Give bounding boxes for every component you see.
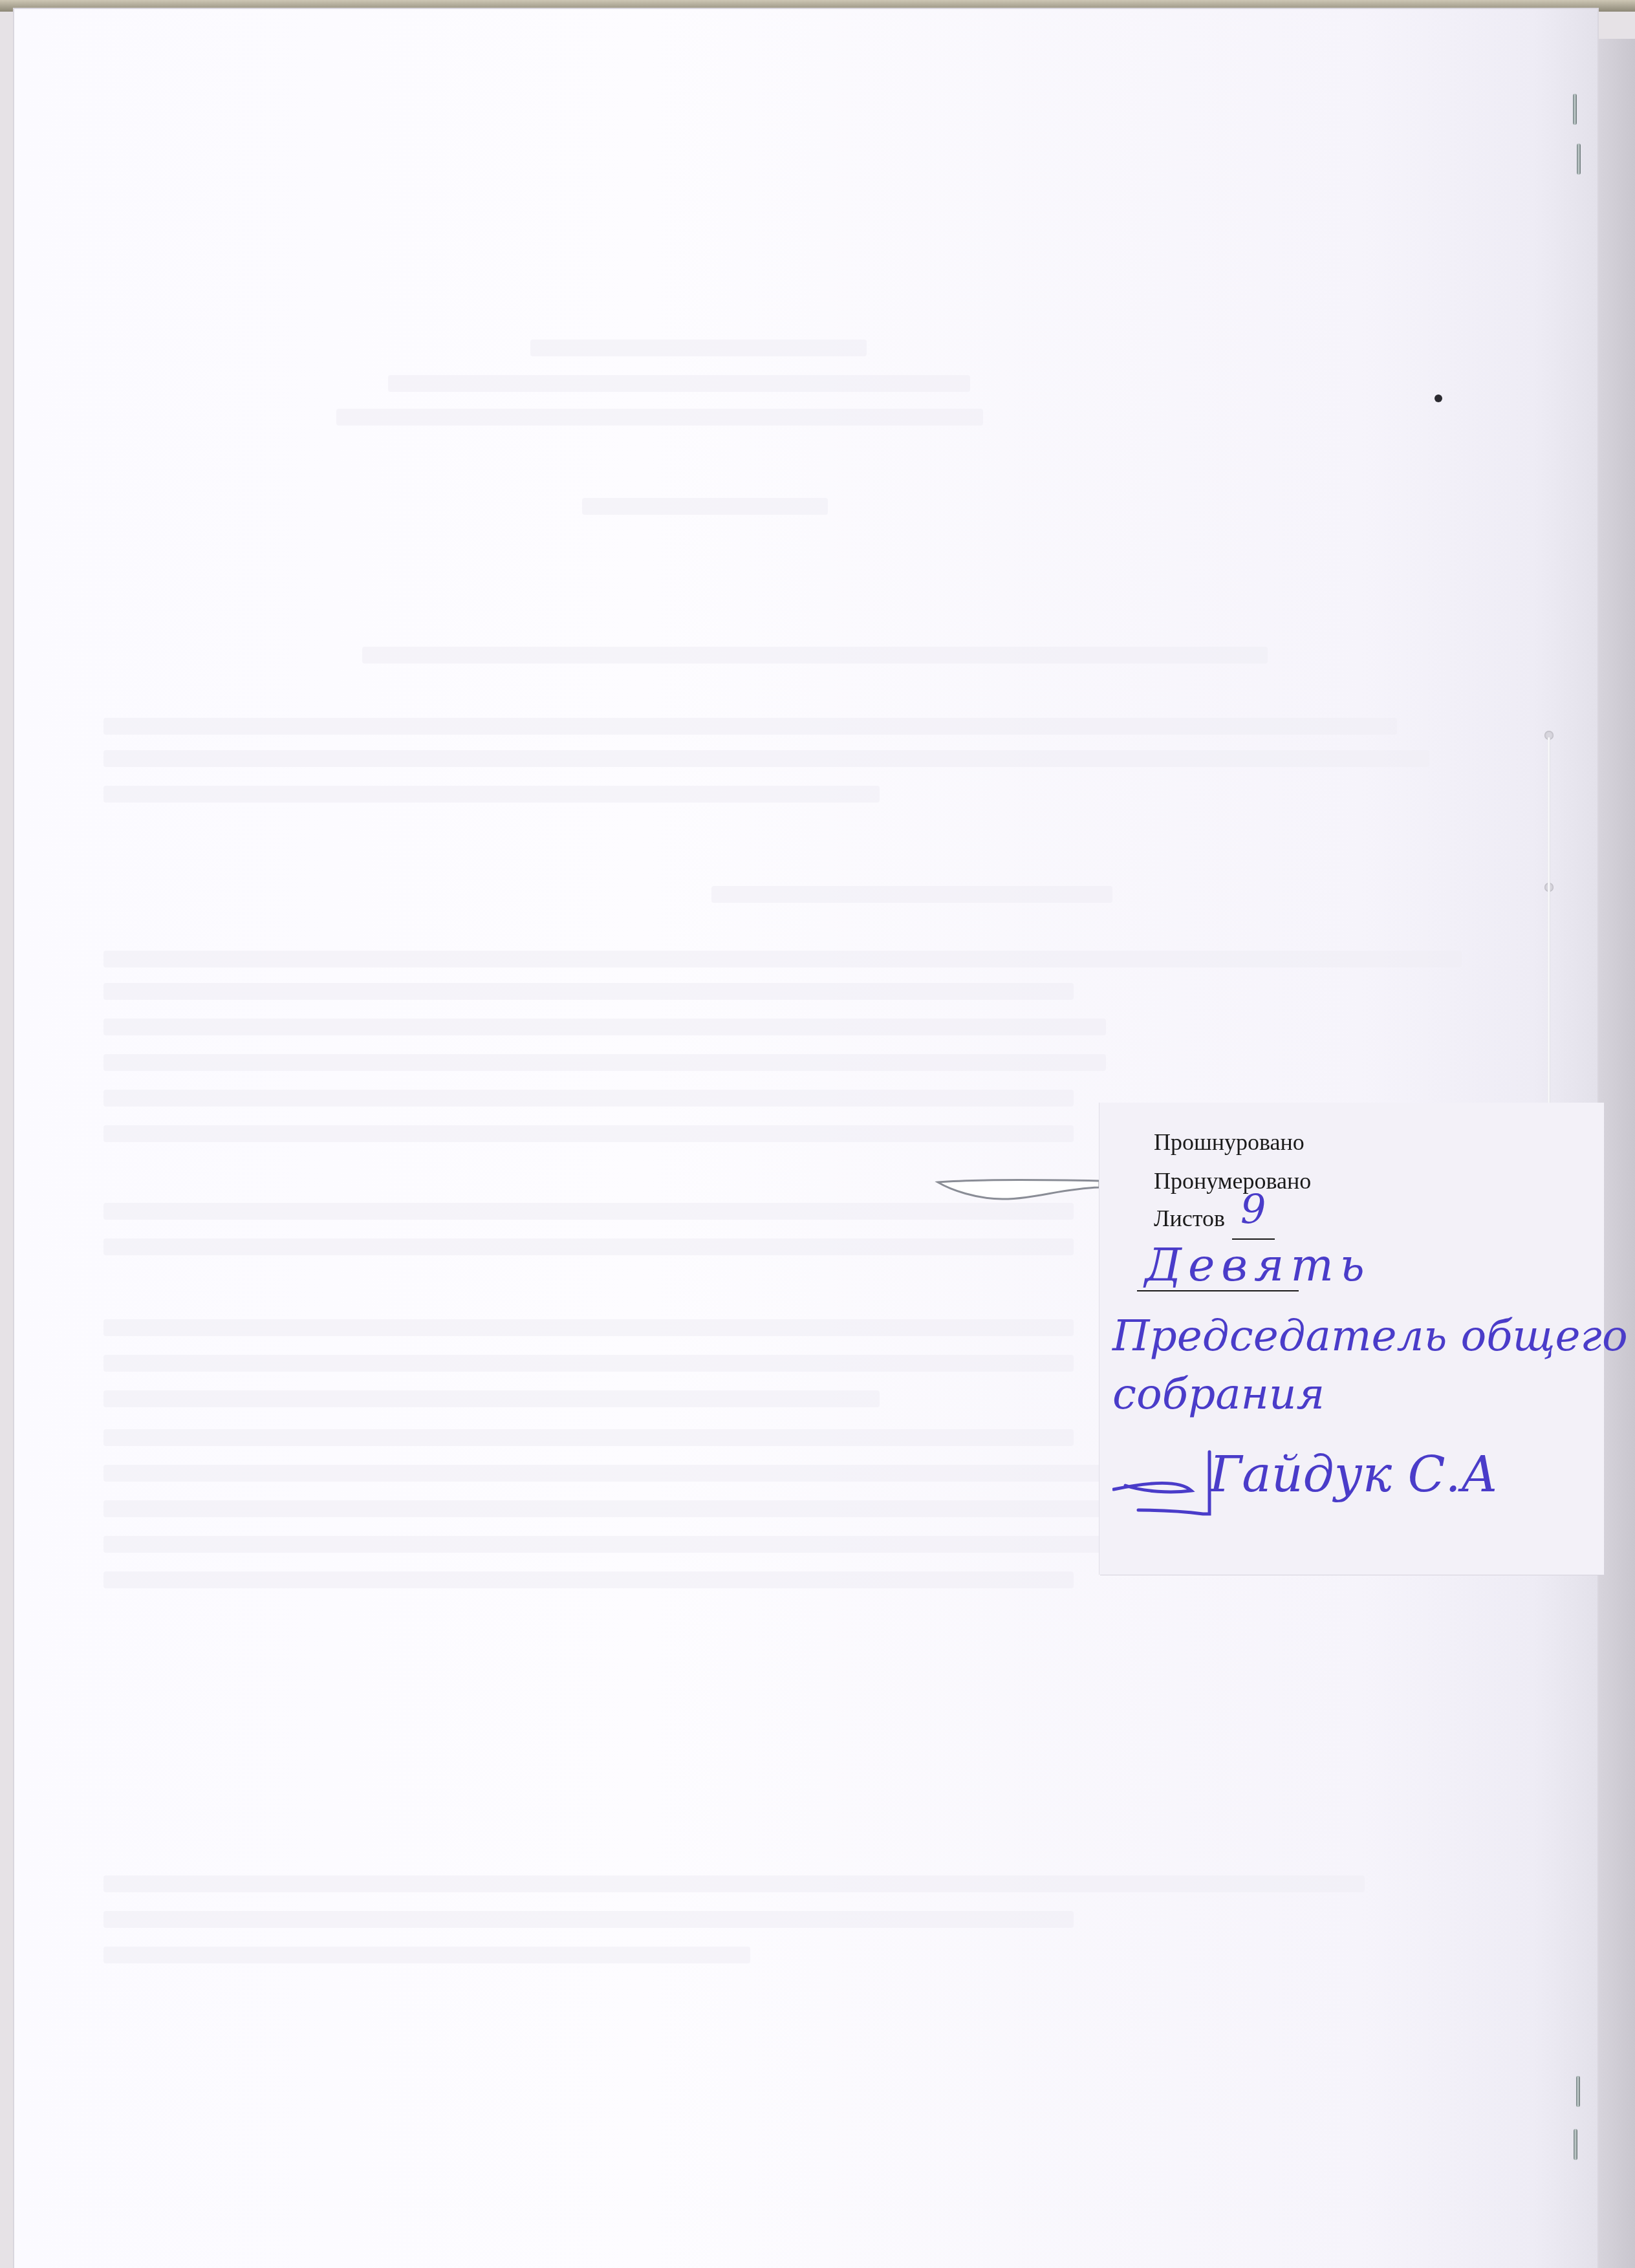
signer-name: Гайдук С.А bbox=[1209, 1445, 1498, 1503]
sheets-count-digits: 9 bbox=[1240, 1185, 1266, 1233]
staple-bottom-1 bbox=[1576, 2076, 1580, 2107]
staple-top-2 bbox=[1577, 144, 1581, 175]
binding-string-tail bbox=[931, 1177, 1099, 1203]
ink-dot bbox=[1435, 394, 1442, 402]
laced-text: Прошнуровано bbox=[1154, 1129, 1305, 1156]
binding-certification-label: Прошнуровано Пронумеровано Листов 9 Девя… bbox=[1099, 1103, 1604, 1575]
staple-bottom-2 bbox=[1574, 2129, 1577, 2160]
numbered-text: Пронумеровано bbox=[1154, 1167, 1311, 1194]
staple-top-1 bbox=[1573, 94, 1577, 125]
signature-flourish bbox=[1112, 1439, 1222, 1517]
signer-title-line1: Председатель общего bbox=[1112, 1311, 1628, 1361]
signer-title-line2: собрания bbox=[1112, 1369, 1325, 1419]
sheets-count-words: Девять bbox=[1145, 1238, 1371, 1291]
binding-string bbox=[1548, 737, 1550, 1106]
sheets-words-underline bbox=[1137, 1290, 1299, 1291]
sheets-label: Листов bbox=[1154, 1205, 1225, 1232]
